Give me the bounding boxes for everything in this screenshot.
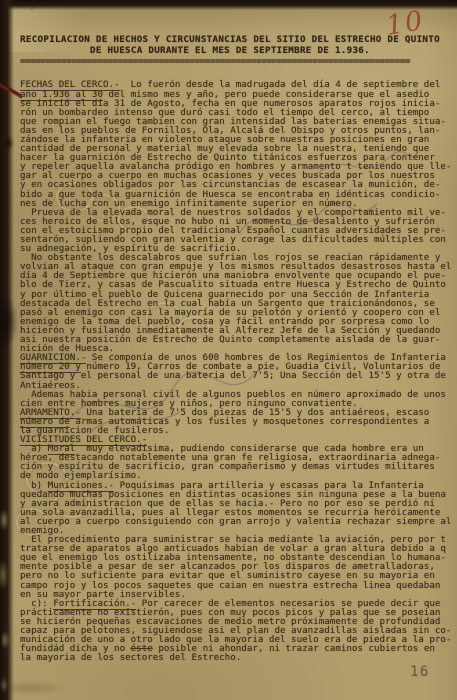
dark-speck-stain (4, 136, 14, 150)
scan-edge-top (0, 0, 457, 10)
title-separator-line: ========================================… (20, 57, 450, 67)
paragraph: GUARNICION.- Se componía de unos 600 hom… (20, 353, 457, 408)
red-ink-stain (0, 81, 22, 102)
paragraph: b) Municiones.- Poquísimas para artiller… (20, 481, 457, 536)
paragraph: c): Fortificación.- Por carecer de eleme… (20, 599, 457, 663)
typed-text: Poquísimas para artilleria y escasas par… (20, 480, 451, 536)
typed-document: RECOPILACION DE HECHOS Y CIRCUNSTANCIAS … (20, 34, 457, 694)
typed-text: del mismo mes y año, pero puede consider… (20, 89, 451, 209)
typed-text: muy elevadísima, pudiendo considerarse q… (20, 443, 440, 481)
document-title-line2: DE HUESCA DURANTE EL MES DE SEPTIEMBRE D… (20, 45, 440, 56)
typed-text: Prueva de la elevada moral de nuestros s… (20, 207, 446, 254)
page-number: 16 (410, 664, 430, 680)
paragraph: El procedimiento para suministrar se hac… (20, 535, 457, 599)
typed-text: número 19, Carros de combate a pie, Guad… (20, 361, 446, 408)
paragraph: ARMAMENTO.- Una bateria de 7'5 dos pieza… (20, 408, 457, 435)
scanned-document-page: 10 RECOPILACION DE HECHOS Y CIRCUNSTANCI… (0, 0, 457, 700)
scan-edge-blotches (0, 490, 16, 700)
paragraph: VICISITUDES DEL CERCO.- a) Moral muy ele… (20, 435, 457, 480)
paragraph: Prueva de la elevada moral de nuestros s… (20, 208, 457, 253)
typed-text: armas automáticas y los fusiles y mosque… (20, 416, 429, 436)
document-body: FECHAS DEL CERCO.- Lo fuerón desde la ma… (20, 80, 457, 662)
dark-blob-stain (0, 294, 18, 350)
document-title-line1: RECOPILACION DE HECHOS Y CIRCUNSTANCIAS … (20, 34, 440, 45)
typed-text: No obstante los descalabros que sufrian … (20, 252, 451, 354)
typed-text: El procedimiento para suministrar se hac… (20, 534, 446, 600)
paragraph: No obstante los descalabros que sufrian … (20, 253, 457, 353)
paragraph: FECHAS DEL CERCO.- Lo fuerón desde la ma… (20, 80, 457, 207)
